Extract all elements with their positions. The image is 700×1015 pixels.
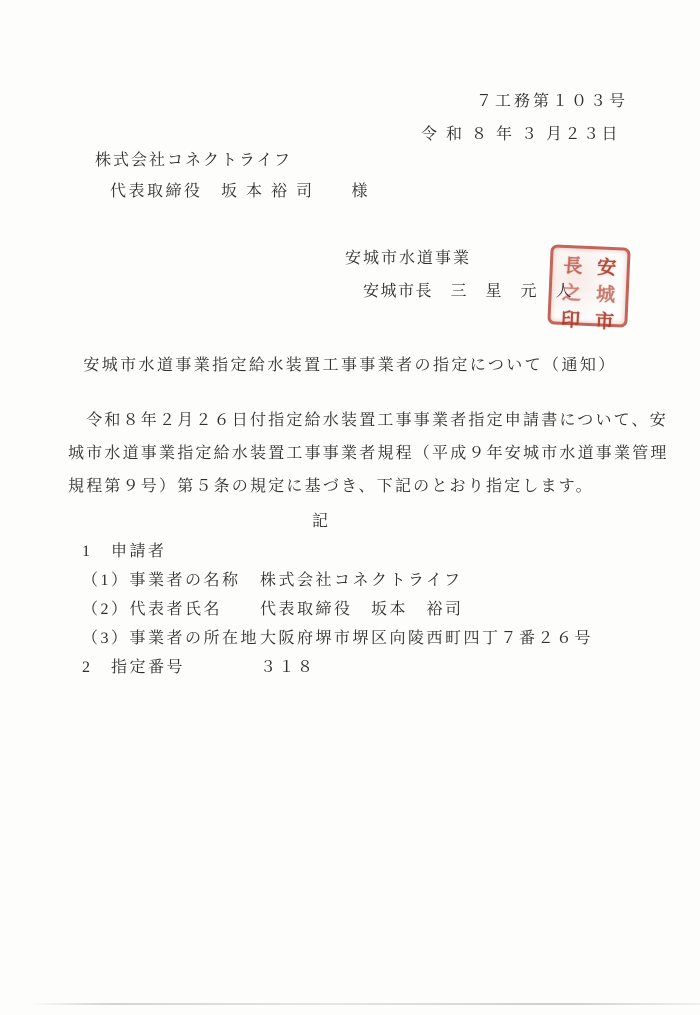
scanned-document-page: ７工務第１０３号 令 和 ８ 年 ３ 月２３日 株式会社コネクトライフ 代表取締… <box>0 0 700 1015</box>
item-value: ３１８ <box>260 654 316 677</box>
item-value: 大阪府堺市堺区向陵西町四丁７番２６号 <box>260 625 593 648</box>
seal-char: 之 <box>554 278 589 306</box>
seal-char: 長 <box>555 251 590 279</box>
item-label: 2 指定番号 <box>82 654 260 677</box>
body-paragraph: 令和８年２月２６日付指定給水装置工事事業者指定申請書について、安 城市水道事業指… <box>68 404 640 503</box>
scan-artifact-line <box>28 1003 700 1005</box>
seal-char: 印 <box>553 304 588 332</box>
item-label: （3）事業者の所在地 <box>82 625 260 648</box>
body-line: 令和８年２月２６日付指定給水装置工事事業者指定申請書について、安 <box>68 404 640 437</box>
official-red-seal: 安 城 市 長 之 印 <box>547 244 630 327</box>
body-line: 規程第９号）第５条の規定に基づき、下記のとおり指定します。 <box>68 470 640 503</box>
seal-char: 城 <box>588 279 623 307</box>
body-line: 城市水道事業指定給水装置工事事業者規程（平成９年安城市水道事業管理 <box>68 437 640 470</box>
item-label: （1）事業者の名称 <box>82 567 260 590</box>
item-label: 1 申請者 <box>82 538 260 561</box>
item-label: （2）代表者氏名 <box>82 596 260 619</box>
recipient-company: 株式会社コネクトライフ <box>95 147 292 170</box>
seal-char: 安 <box>589 252 624 280</box>
list-item: 2 指定番号３１８ <box>82 654 662 683</box>
document-title: 安城市水道事業指定給水装置工事事業者の指定について（通知） <box>0 352 700 375</box>
sender-organization: 安城市水道事業 <box>345 245 471 268</box>
designation-detail-list: 1 申請者 （1）事業者の名称株式会社コネクトライフ （2）代表者氏名代表取締役… <box>82 538 662 683</box>
recipient-person: 代表取締役 坂 本 裕 司 様 <box>110 178 370 201</box>
item-value: 株式会社コネクトライフ <box>260 567 463 590</box>
item-value: 代表取締役 坂本 裕司 <box>260 596 464 619</box>
sender-mayor-name: 安城市長 三 星 元 人 <box>363 278 573 301</box>
document-number: ７工務第１０３号 <box>476 88 628 111</box>
seal-char: 市 <box>587 306 622 334</box>
list-item: （3）事業者の所在地大阪府堺市堺区向陵西町四丁７番２６号 <box>82 625 662 654</box>
list-item: 1 申請者 <box>82 538 662 567</box>
record-marker: 記 <box>0 508 700 531</box>
list-item: （2）代表者氏名代表取締役 坂本 裕司 <box>82 596 662 625</box>
document-date: 令 和 ８ 年 ３ 月２３日 <box>421 121 620 144</box>
list-item: （1）事業者の名称株式会社コネクトライフ <box>82 567 662 596</box>
